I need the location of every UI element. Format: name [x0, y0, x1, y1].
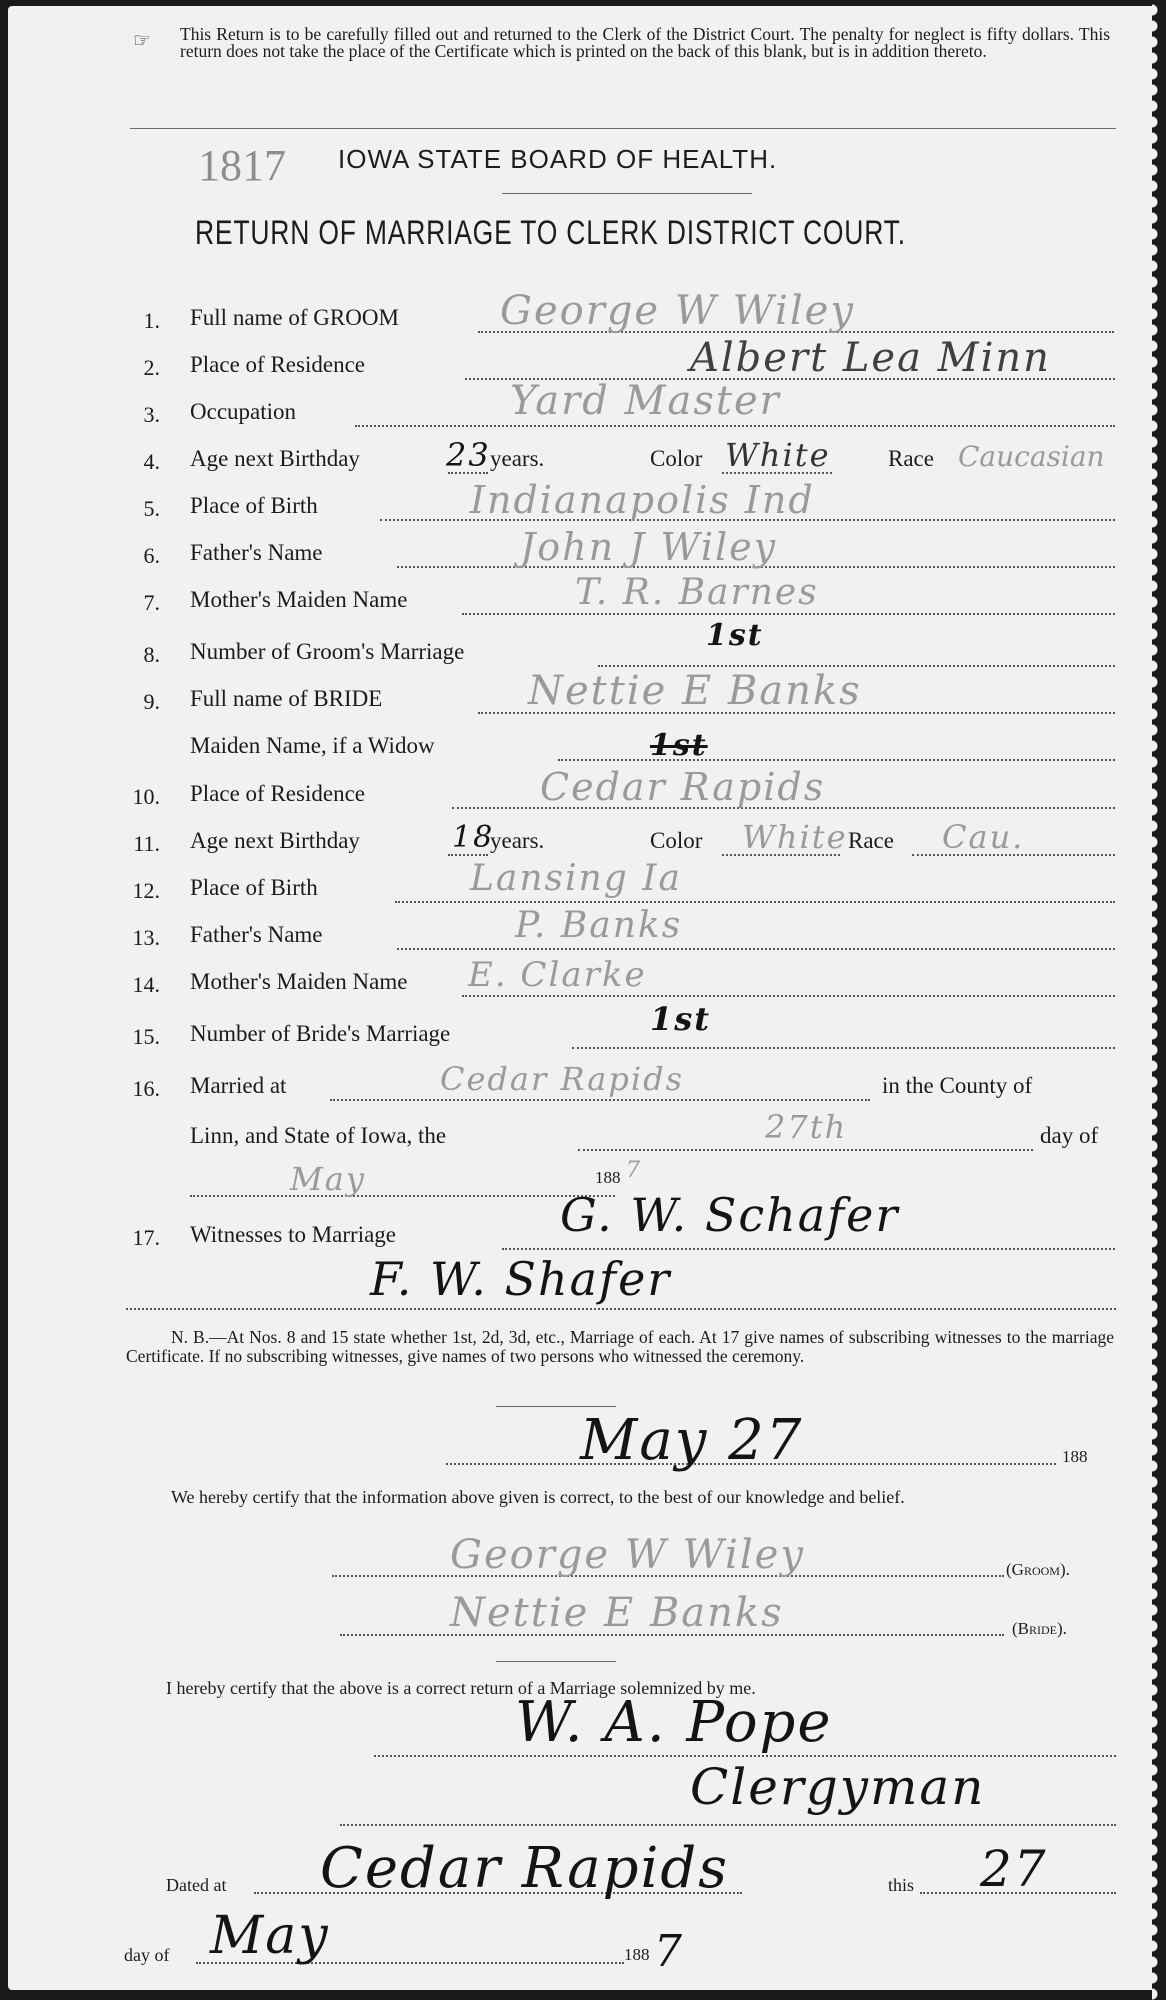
groom-age-label: Age next Birthday	[190, 446, 360, 472]
divider	[502, 193, 752, 194]
bride-signature: Nettie E Banks	[450, 1590, 784, 1636]
race-label: Race	[848, 828, 894, 854]
fill-line	[502, 1248, 1115, 1250]
groom-father-label: Father's Name	[190, 540, 323, 566]
field-number: 4.	[120, 449, 160, 475]
marriage-month-value: May	[290, 1160, 366, 1198]
certification-statement: We hereby certify that the information a…	[126, 1488, 1114, 1507]
bride-signature-label: (Bride).	[1012, 1619, 1067, 1639]
fill-line	[190, 1195, 615, 1197]
groom-birthplace-label: Place of Birth	[190, 493, 318, 519]
fill-line	[330, 1099, 870, 1101]
witness-2-value: F. W. Shafer	[370, 1252, 671, 1306]
bride-age-label: Age next Birthday	[190, 828, 360, 854]
officiant-title: Clergyman	[690, 1758, 985, 1816]
married-at-label: Married at	[190, 1073, 286, 1099]
fill-line	[578, 1149, 1033, 1151]
form-title: RETURN OF MARRIAGE TO CLERK DISTRICT COU…	[195, 214, 906, 253]
field-number: 10.	[120, 784, 160, 810]
groom-color-value: White	[725, 436, 831, 474]
fill-line	[558, 759, 1115, 761]
divider	[496, 1661, 616, 1662]
year-prefix: 188	[595, 1168, 621, 1188]
groom-marriage-number-value: 1st	[706, 618, 764, 653]
field-number: 7.	[120, 590, 160, 616]
groom-birthplace-value: Indianapolis Ind	[470, 478, 815, 522]
bride-mother-value: E. Clarke	[468, 955, 647, 995]
fill-line	[340, 1824, 1116, 1826]
record-number: 1817	[198, 140, 286, 191]
bride-birthplace-label: Place of Birth	[190, 875, 318, 901]
field-number: 3.	[120, 402, 160, 428]
year-prefix: 188	[624, 1945, 650, 1965]
field-number: 2.	[120, 355, 160, 381]
field-number: 11.	[120, 831, 160, 857]
field-number: 5.	[120, 496, 160, 522]
fill-line	[397, 948, 1115, 950]
fill-line	[374, 1755, 1116, 1757]
groom-age-value: 23	[446, 436, 491, 474]
field-number: 16.	[120, 1076, 160, 1102]
groom-signature-label: (Groom).	[1006, 1560, 1070, 1580]
fill-line	[462, 613, 1115, 615]
groom-residence-label: Place of Residence	[190, 352, 365, 378]
bride-residence-label: Place of Residence	[190, 781, 365, 807]
bride-marriage-number-label: Number of Bride's Marriage	[190, 1021, 450, 1047]
field-number: 9.	[120, 689, 160, 715]
groom-race-value: Caucasian	[958, 440, 1105, 473]
filing-notice: This Return is to be carefully filled ou…	[180, 26, 1110, 60]
fill-line	[572, 1047, 1115, 1049]
widow-maiden-name-label: Maiden Name, if a Widow	[190, 733, 435, 759]
bride-marriage-number-value: 1st	[650, 1000, 711, 1038]
bride-name-label: Full name of BRIDE	[190, 686, 382, 712]
fill-line	[355, 425, 1115, 427]
dated-at-value: Cedar Rapids	[320, 1836, 729, 1901]
groom-marriage-number-label: Number of Groom's Marriage	[190, 639, 464, 665]
fill-line	[126, 1308, 1116, 1310]
bride-mother-label: Mother's Maiden Name	[190, 969, 407, 995]
witnesses-label: Witnesses to Marriage	[190, 1222, 396, 1248]
bride-name-value: Nettie E Banks	[528, 668, 862, 714]
color-label: Color	[650, 446, 702, 472]
groom-signature: George W Wiley	[450, 1532, 805, 1578]
widow-maiden-name-value: 1st	[650, 728, 708, 763]
years-label: years.	[490, 828, 544, 854]
dated-year-value: 7	[654, 1926, 684, 1977]
bride-race-value: Cau.	[942, 818, 1024, 856]
field-number: 1.	[120, 308, 160, 334]
instructions-note: N. B.—At Nos. 8 and 15 state whether 1st…	[126, 1328, 1114, 1366]
field-number: 17.	[120, 1225, 160, 1251]
color-label: Color	[650, 828, 702, 854]
groom-mother-value: T. R. Barnes	[575, 572, 819, 613]
years-label: years.	[490, 446, 544, 472]
marriage-day-value: 27th	[765, 1108, 847, 1146]
field-number: 13.	[120, 925, 160, 951]
perforated-edge	[1152, 0, 1166, 2000]
married-at-value: Cedar Rapids	[440, 1060, 684, 1098]
year-prefix: 188	[1062, 1447, 1088, 1467]
county-label: in the County of	[882, 1073, 1032, 1099]
day-of-label: day of	[1040, 1123, 1098, 1149]
bride-father-label: Father's Name	[190, 922, 323, 948]
officiant-signature: W. A. Pope	[515, 1690, 833, 1755]
divider	[130, 128, 1116, 129]
dated-day-value: 27	[980, 1840, 1048, 1898]
dated-month-value: May	[210, 1906, 330, 1966]
field-number: 8.	[120, 642, 160, 668]
field-number: 14.	[120, 972, 160, 998]
race-label: Race	[888, 446, 934, 472]
dated-at-label: Dated at	[166, 1875, 226, 1896]
bride-color-value: White	[742, 818, 848, 856]
county-state-label: Linn, and State of Iowa, the	[190, 1123, 446, 1149]
bride-residence-value: Cedar Rapids	[540, 765, 825, 809]
this-label: this	[888, 1875, 914, 1896]
pointing-hand-icon: ☞	[133, 28, 151, 52]
field-number: 6.	[120, 543, 160, 569]
marriage-year-value: 7	[626, 1158, 642, 1183]
agency-heading: IOWA STATE BOARD OF HEALTH.	[338, 144, 777, 175]
witness-1-value: G. W. Schafer	[560, 1188, 899, 1242]
field-number: 15.	[120, 1024, 160, 1050]
groom-name-value: George W Wiley	[500, 288, 855, 334]
bride-father-value: P. Banks	[515, 905, 682, 946]
bride-age-value: 18	[452, 820, 494, 855]
groom-occupation-value: Yard Master	[510, 378, 781, 424]
fill-line	[462, 995, 1115, 997]
groom-name-label: Full name of GROOM	[190, 305, 399, 331]
divider	[496, 1406, 616, 1407]
groom-mother-label: Mother's Maiden Name	[190, 587, 407, 613]
groom-residence-value: Albert Lea Minn	[690, 335, 1051, 381]
groom-occupation-label: Occupation	[190, 399, 296, 425]
certification-date-value: May 27	[580, 1408, 803, 1473]
groom-father-value: John J Wiley	[520, 525, 777, 569]
fill-line	[598, 665, 1115, 667]
field-number: 12.	[120, 878, 160, 904]
bride-birthplace-value: Lansing Ia	[470, 858, 682, 899]
day-of-label: day of	[124, 1945, 169, 1966]
fill-line	[395, 901, 1115, 903]
